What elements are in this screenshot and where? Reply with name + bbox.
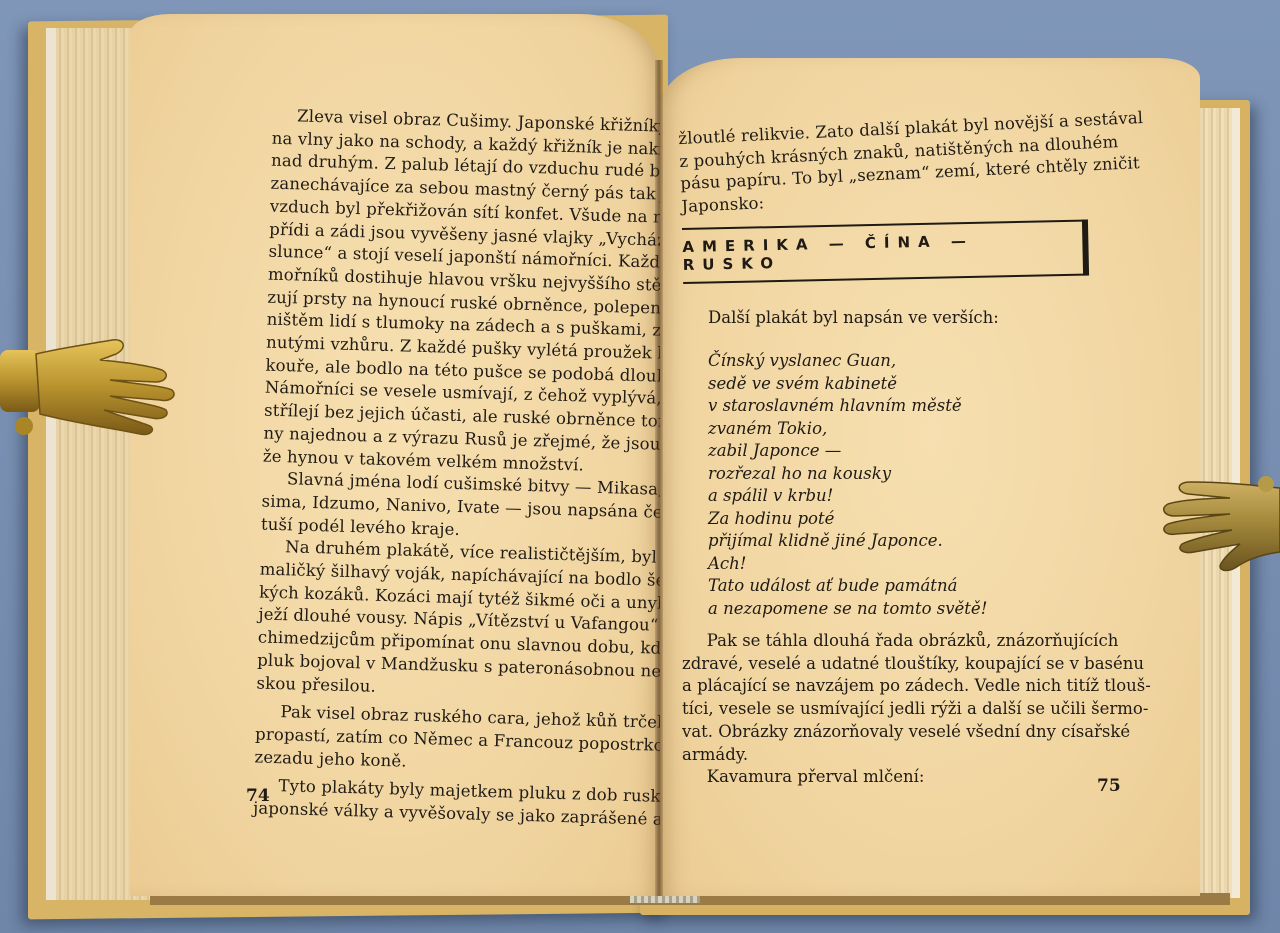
paragraph: Na druhém plakátě, více realističtějším,…	[232, 535, 631, 705]
poem-line: zvaném Tokio,	[708, 418, 987, 441]
poem-line: přijímal klidně jiné Japonce.	[708, 530, 987, 553]
right-page-closing: Pak se táhla dlouhá řada obrázků, znázor…	[682, 630, 1112, 789]
right-page-intro: žloutlé relikvie. Zato další plakát byl …	[682, 128, 1107, 219]
poem-line: rozřezal ho na kousky	[708, 463, 987, 486]
poem-intro: Další plakát byl napsán ve verších:	[708, 308, 999, 327]
paragraph: Pak visel obraz ruského cara, jehož kůň …	[229, 700, 626, 779]
paragraph: Slavná jména lodí cušimské bitvy — Mikas…	[236, 467, 633, 546]
poem-line: Za hodinu poté	[708, 508, 987, 531]
right-page: žloutlé relikvie. Zato další plakát byl …	[660, 58, 1200, 896]
left-page-text: Zleva visel obraz Cušimy. Japonské křižn…	[228, 104, 643, 831]
poem-line: Ach!	[708, 553, 987, 576]
brass-hand-left-icon	[0, 330, 180, 440]
final-line: Kavamura přerval mlčení:	[682, 766, 1112, 789]
page-number-left: 74	[246, 786, 270, 806]
poem-line: Čínský vyslanec Guan,	[708, 350, 987, 373]
paragraph: Tyto plakáty byly majetkem pluku z dob r…	[228, 774, 624, 830]
book-photo: Zleva visel obraz Cušimy. Japonské křižn…	[0, 0, 1280, 933]
paragraph: Zleva visel obraz Cušimy. Japonské křižn…	[238, 104, 643, 478]
page-number-right: 75	[1097, 776, 1121, 796]
banner-text: AMERIKA — ČÍNA — RUSKO	[682, 230, 1083, 274]
poem-line: v staroslavném hlavním městě	[708, 395, 987, 418]
poem-line: Tato událost ať bude památná	[708, 575, 987, 598]
left-page: Zleva visel obraz Cušimy. Japonské křižn…	[130, 14, 660, 896]
book-gutter	[655, 60, 663, 896]
poem-line: a nezapomene se na tomto světě!	[708, 598, 987, 621]
poem-line: sedě ve svém kabinetě	[708, 373, 987, 396]
country-list-banner: AMERIKA — ČÍNA — RUSKO	[682, 219, 1089, 283]
brass-hand-right-icon	[1150, 468, 1280, 576]
poem-line: a spálil v krbu!	[708, 485, 987, 508]
poem: Čínský vyslanec Guan, sedě ve svém kabin…	[708, 350, 987, 620]
poem-line: zabil Japonce —	[708, 440, 987, 463]
